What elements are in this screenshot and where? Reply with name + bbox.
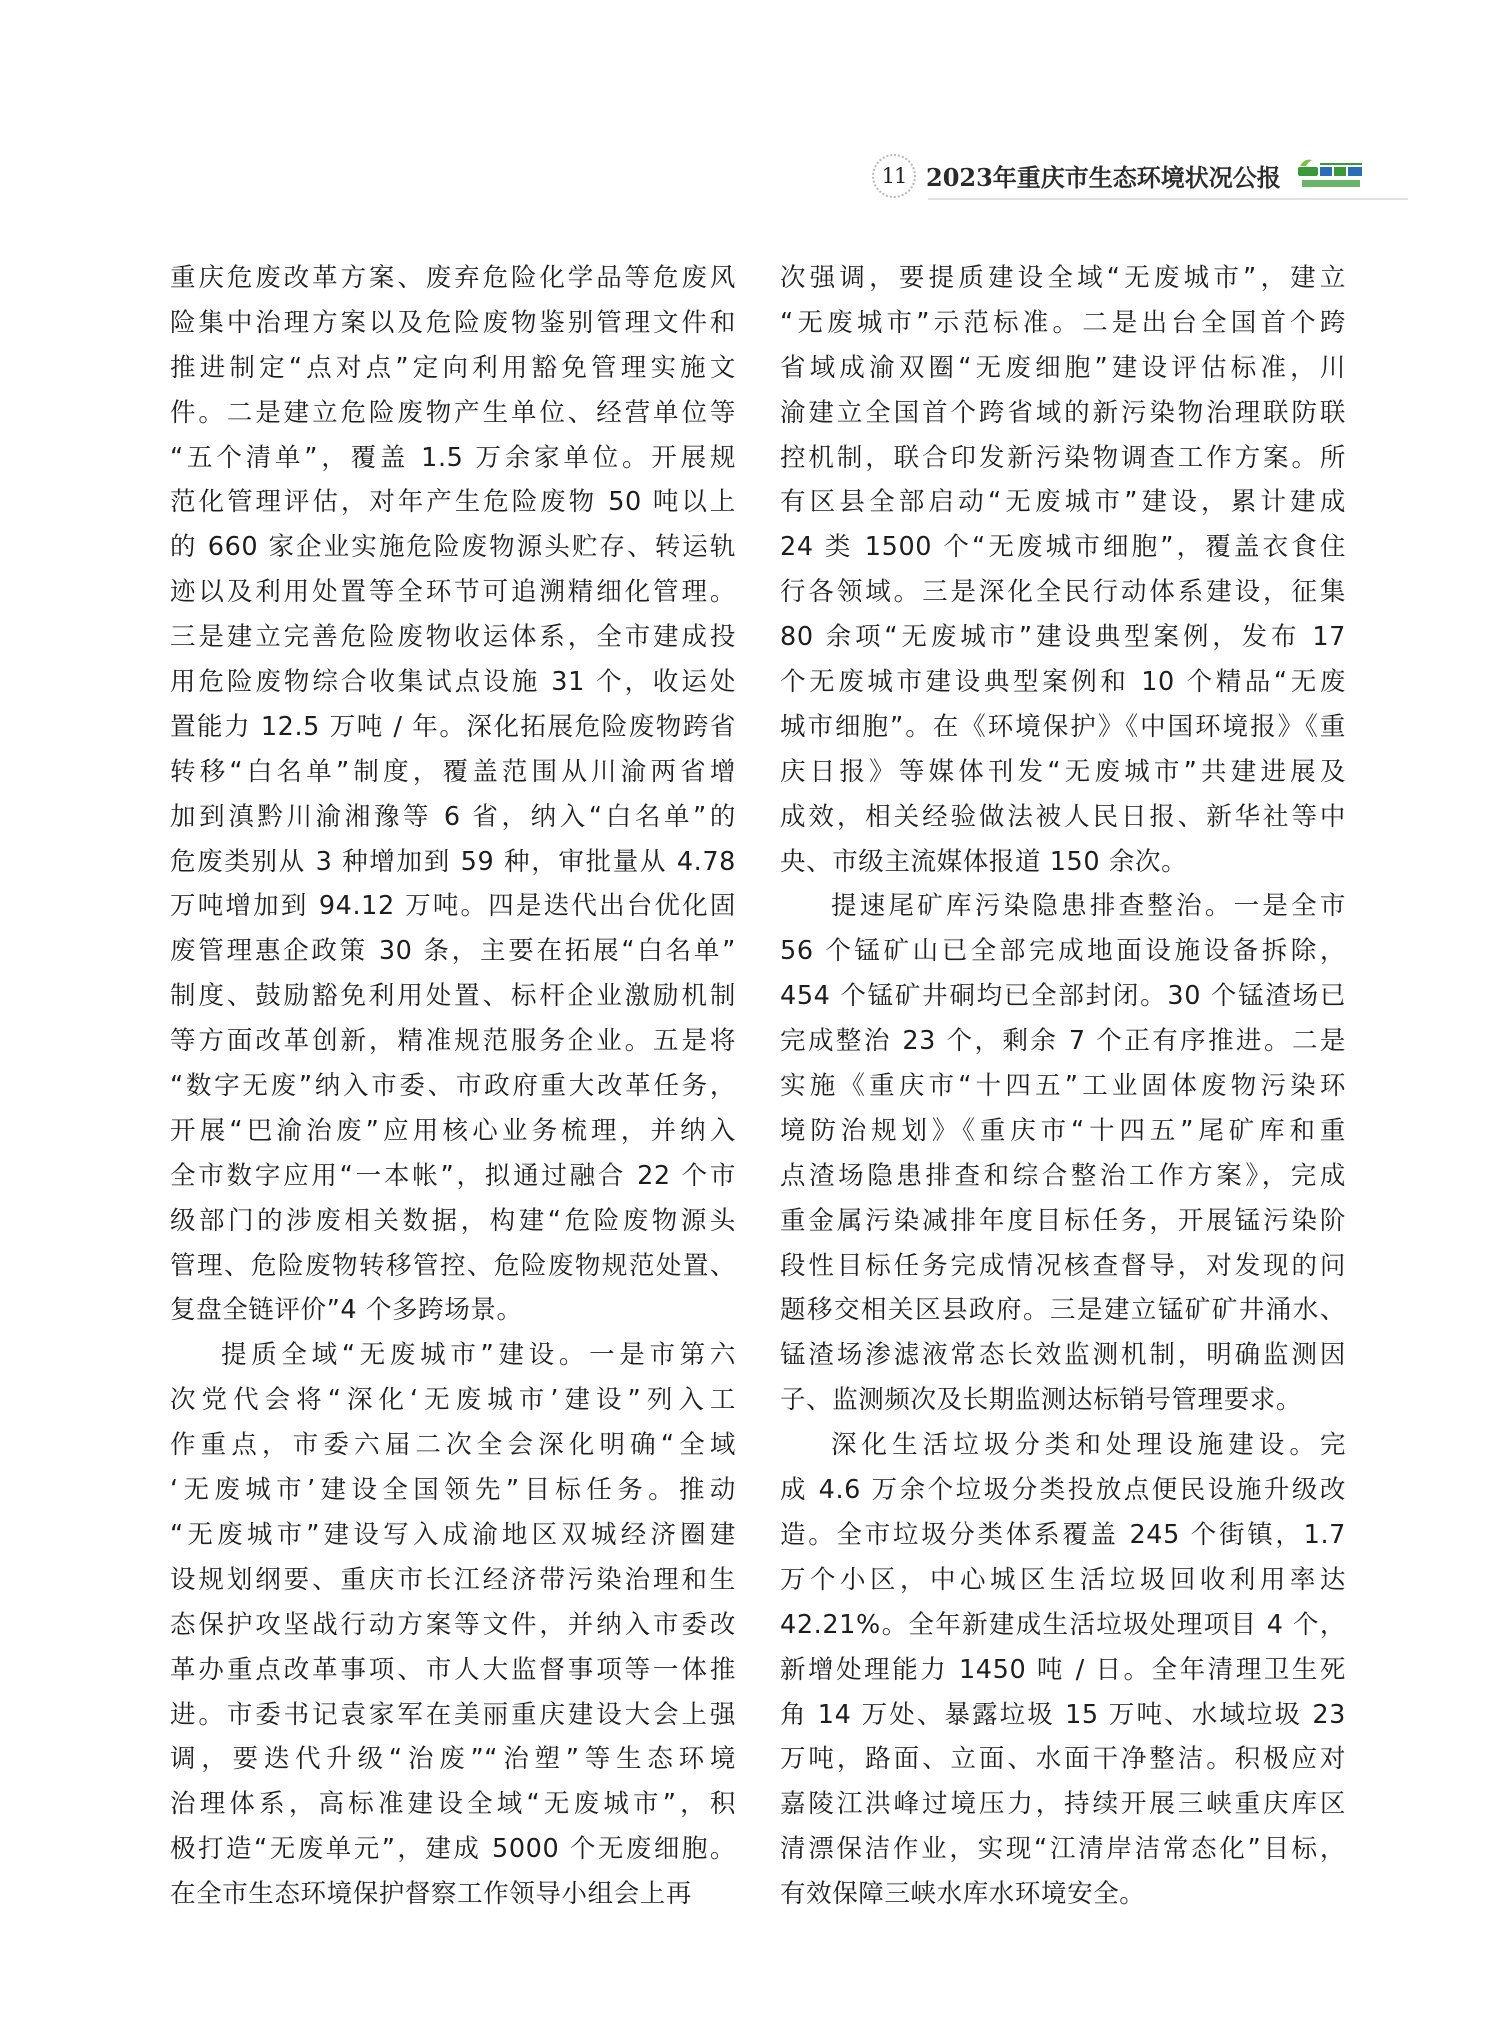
text-line: 城市细胞”。在《环境保护》《中国环境报》《重 [780,705,1346,750]
text-line: 题移交相关区县政府。三是建立锰矿矿井涌水、 [780,1288,1346,1333]
text-line: 成效，相关经验做法被人民日报、新华社等中 [780,795,1346,840]
text-line: 废管理惠企政策 30 条，主要在拓展“白名单” [170,929,736,974]
report-title: 2023年重庆市生态环境状况公报 [926,158,1281,193]
text-line: 省域成渝双圈“无废细胞”建设评估标准，川 [780,346,1346,391]
text-line: 重庆危废改革方案、废弃危险化学品等危废风 [170,256,736,301]
text-line: 56 个锰矿山已全部完成地面设施设备拆除， [780,929,1346,974]
text-line: 三是建立完善危险废物收运体系，全市建成投 [170,615,736,660]
text-line: 深化生活垃圾分类和处理设施建设。完 [780,1423,1346,1468]
text-line: 24 类 1500 个“无废城市细胞”，覆盖衣食住 [780,525,1346,570]
text-line: 有效保障三峡水库水环境安全。 [780,1872,1346,1917]
text-line: 造。全市垃圾分类体系覆盖 245 个街镇，1.7 [780,1513,1346,1558]
text-line: 子、监测频次及长期监测达标销号管理要求。 [780,1378,1346,1423]
text-line: 次党代会将“深化‘无废城市’建设”列入工 [170,1378,736,1423]
text-line: “无废城市”建设写入成渝地区双城经济圈建 [170,1513,736,1558]
green-leaf-logo-icon [1296,156,1366,190]
text-line: 万吨增加到 94.12 万吨。四是迭代出台优化固 [170,884,736,929]
text-line: 实施《重庆市“十四五”工业固体废物污染环 [780,1064,1346,1109]
text-line: 锰渣场渗滤液常态长效监测机制，明确监测因 [780,1333,1346,1378]
text-line: 调，要迭代升级“治废”“治塑”等生态环境 [170,1737,736,1782]
text-line: 42.21%。全年新建成生活垃圾处理项目 4 个， [780,1603,1346,1648]
text-line: 80 余项“无废城市”建设典型案例，发布 17 [780,615,1346,660]
text-column-right: 次强调，要提质建设全域“无废城市”，建立“无废城市”示范标准。二是出台全国首个跨… [780,256,1346,1917]
text-line: 万个小区，中心城区生活垃圾回收利用率达 [780,1558,1346,1603]
text-line: 嘉陵江洪峰过境压力，持续开展三峡重庆库区 [780,1782,1346,1827]
text-line: 渝建立全国首个跨省域的新污染物治理联防联 [780,391,1346,436]
text-line: 极打造“无废单元”，建成 5000 个无废细胞。 [170,1827,736,1872]
text-line: 用危险废物综合收集试点设施 31 个，收运处 [170,660,736,705]
text-line: 件。二是建立危险废物产生单位、经营单位等 [170,391,736,436]
page-header: 11 2023年重庆市生态环境状况公报 [868,152,1408,204]
text-line: 重金属污染减排年度目标任务，开展锰污染阶 [780,1199,1346,1244]
text-line: 新增处理能力 1450 吨 / 日。全年清理卫生死 [780,1648,1346,1693]
text-line: 开展“巴渝治废”应用核心业务梳理，并纳入 [170,1109,736,1154]
text-line: 在全市生态环境保护督察工作领导小组会上再 [170,1872,736,1917]
text-line: “无废城市”示范标准。二是出台全国首个跨 [780,301,1346,346]
text-line: 态保护攻坚战行动方案等文件，并纳入市委改 [170,1603,736,1648]
text-line: 段性目标任务完成情况核查督导，对发现的问 [780,1244,1346,1289]
text-line: 角 14 万处、暴露垃圾 15 万吨、水域垃圾 23 [780,1693,1346,1738]
text-line: 成 4.6 万余个垃圾分类投放点便民设施升级改 [780,1468,1346,1513]
text-line: 有区县全部启动“无废城市”建设，累计建成 [780,480,1346,525]
text-line: 复盘全链评价”4 个多跨场景。 [170,1288,736,1333]
text-line: 的 660 家企业实施危险废物源头贮存、转运轨 [170,525,736,570]
text-line: 作重点，市委六届二次全会深化明确“全域 [170,1423,736,1468]
text-line: 危废类别从 3 种增加到 59 种，审批量从 4.78 [170,840,736,885]
text-line: 个无废城市建设典型案例和 10 个精品“无废 [780,660,1346,705]
text-line: 清漂保洁作业，实现“江清岸洁常态化”目标， [780,1827,1346,1872]
text-line: 进。市委书记袁家军在美丽重庆建设大会上强 [170,1693,736,1738]
text-line: 提质全域“无废城市”建设。一是市第六 [170,1333,736,1378]
text-line: 央、市级主流媒体报道 150 余次。 [780,840,1346,885]
text-line: 加到滇黔川渝湘豫等 6 省，纳入“白名单”的 [170,795,736,840]
text-line: 点渣场隐患排查和综合整治工作方案》，完成 [780,1154,1346,1199]
text-line: 迹以及利用处置等全环节可追溯精细化管理。 [170,570,736,615]
text-line: 管理、危险废物转移管控、危险废物规范处置、 [170,1244,736,1289]
text-line: 治理体系，高标准建设全域“无废城市”，积 [170,1782,736,1827]
text-line: 推进制定“点对点”定向利用豁免管理实施文 [170,346,736,391]
text-line: 万吨，路面、立面、水面干净整洁。积极应对 [780,1737,1346,1782]
text-line: 制度、鼓励豁免利用处置、标杆企业激励机制 [170,974,736,1019]
text-line: “五个清单”，覆盖 1.5 万余家单位。开展规 [170,436,736,481]
header-divider [928,198,1408,200]
text-line: 次强调，要提质建设全域“无废城市”，建立 [780,256,1346,301]
text-line: 控机制，联合印发新污染物调查工作方案。所 [780,436,1346,481]
text-line: 设规划纲要、重庆市长江经济带污染治理和生 [170,1558,736,1603]
text-line: “数字无废”纳入市委、市政府重大改革任务， [170,1064,736,1109]
text-line: 范化管理评估，对年产生危险废物 50 吨以上 [170,480,736,525]
text-line: 置能力 12.5 万吨 / 年。深化拓展危险废物跨省 [170,705,736,750]
text-line: 革办重点改革事项、市人大监督事项等一体推 [170,1648,736,1693]
text-line: ‘无废城市’建设全国领先”目标任务。推动 [170,1468,736,1513]
text-line: 境防治规划》《重庆市“十四五”尾矿库和重 [780,1109,1346,1154]
text-column-left: 重庆危废改革方案、废弃危险化学品等危废风险集中治理方案以及危险废物鉴别管理文件和… [170,256,736,1917]
page-number-badge: 11 [872,154,916,198]
text-line: 等方面改革创新，精准规范服务企业。五是将 [170,1019,736,1064]
text-line: 行各领域。三是深化全民行动体系建设，征集 [780,570,1346,615]
text-line: 完成整治 23 个，剩余 7 个正有序推进。二是 [780,1019,1346,1064]
text-line: 提速尾矿库污染隐患排查整治。一是全市 [780,884,1346,929]
text-line: 454 个锰矿井硐均已全部封闭。30 个锰渣场已 [780,974,1346,1019]
text-line: 庆日报》等媒体刊发“无废城市”共建进展及 [780,750,1346,795]
page-number: 11 [882,164,907,188]
text-line: 级部门的涉废相关数据，构建“危险废物源头 [170,1199,736,1244]
text-line: 全市数字应用“一本帐”，拟通过融合 22 个市 [170,1154,736,1199]
text-line: 险集中治理方案以及危险废物鉴别管理文件和 [170,301,736,346]
text-line: 转移“白名单”制度，覆盖范围从川渝两省增 [170,750,736,795]
